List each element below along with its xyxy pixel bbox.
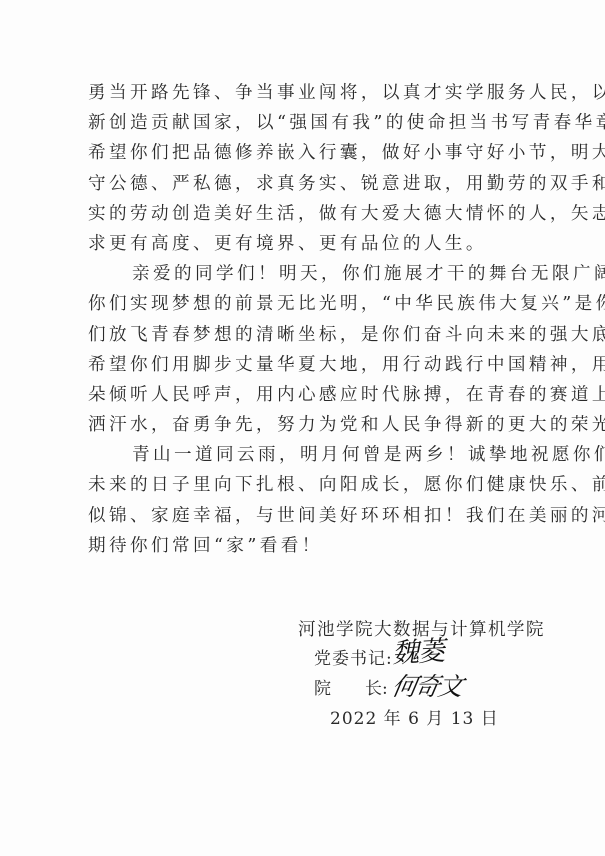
text-line: 们放飞青春梦想的清晰坐标，是你们奋斗向未来的强大底气。 bbox=[88, 320, 528, 350]
dean-signature: 何奇文 bbox=[389, 672, 463, 702]
text-line: 希望你们用脚步丈量华夏大地，用行动践行中国精神，用耳 bbox=[88, 350, 528, 380]
dean-label: 院长: bbox=[314, 674, 384, 704]
text-line: 守公德、严私德，求真务实、锐意进取，用勤劳的双手和诚 bbox=[88, 169, 528, 199]
text-line: 新创造贡献国家，以“强国有我”的使命担当书写青春华章。 bbox=[88, 108, 528, 138]
letter-body: 勇当开路先锋、争当事业闯将，以真才实学服务人民，以创 新创造贡献国家，以“强国有… bbox=[88, 78, 528, 561]
text-line: 似锦、家庭幸福，与世间美好环环相扣！我们在美丽的河院， bbox=[88, 501, 528, 531]
text-line: 希望你们把品德修养嵌入行囊，做好小事守好小节，明大德、 bbox=[88, 138, 528, 168]
paragraph-start-line: 青山一道同云雨，明月何曾是两乡！诚挚地祝愿你们在 bbox=[88, 440, 528, 470]
text-line: 期待你们常回“家”看看！ bbox=[88, 531, 528, 561]
text-line: 朵倾听人民呼声，用内心感应时代脉搏，在青春的赛道上抛 bbox=[88, 380, 528, 410]
text-line: 未来的日子里向下扎根、向阳成长，愿你们健康快乐、前程 bbox=[88, 470, 528, 500]
dean-row: 院长: 何奇文 bbox=[298, 674, 558, 704]
party-secretary-label: 党委书记: bbox=[314, 644, 393, 674]
party-secretary-row: 党委书记: 魏菱 bbox=[298, 644, 558, 674]
paragraph-start-line: 亲爱的同学们！明天，你们施展才干的舞台无限广阔， bbox=[88, 259, 528, 289]
text-line: 实的劳动创造美好生活，做有大爱大德大情怀的人，矢志追 bbox=[88, 199, 528, 229]
text-line: 勇当开路先锋、争当事业闯将，以真才实学服务人民，以创 bbox=[88, 78, 528, 108]
dean-label-first: 院 bbox=[314, 674, 331, 704]
letter-date: 2022 年 6 月 13 日 bbox=[298, 704, 558, 734]
text-line: 洒汗水，奋勇争先，努力为党和人民争得新的更大的荣光。 bbox=[88, 410, 528, 440]
signature-block: 河池学院大数据与计算机学院 党委书记: 魏菱 院长: 何奇文 2022 年 6 … bbox=[298, 616, 558, 734]
letter-page: 勇当开路先锋、争当事业闯将，以真才实学服务人民，以创 新创造贡献国家，以“强国有… bbox=[0, 0, 605, 856]
text-line: 求更有高度、更有境界、更有品位的人生。 bbox=[88, 229, 528, 259]
text-line: 你们实现梦想的前景无比光明，“中华民族伟大复兴”是你 bbox=[88, 289, 528, 319]
dean-label-last: 长: bbox=[365, 674, 388, 704]
party-secretary-signature: 魏菱 bbox=[391, 637, 444, 670]
